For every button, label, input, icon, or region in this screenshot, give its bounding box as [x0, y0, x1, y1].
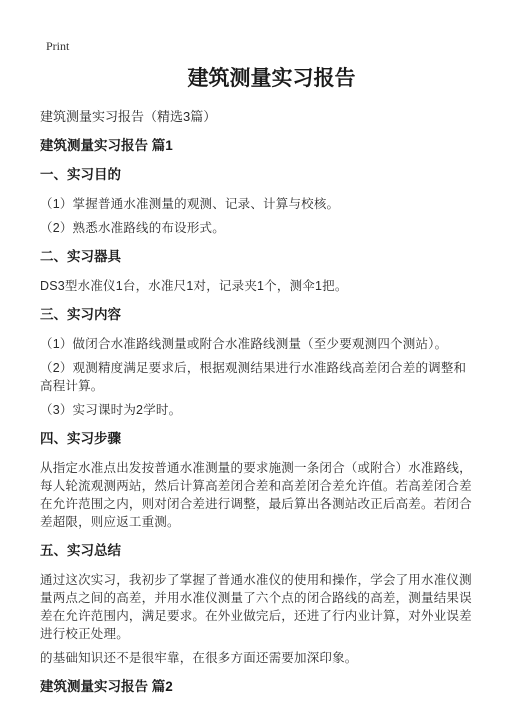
paragraph: （2）熟悉水准路线的布设形式。: [40, 219, 478, 237]
print-link[interactable]: Print: [46, 38, 478, 54]
print-preview-page: Print 建筑测量实习报告 建筑测量实习报告（精选3篇） 建筑测量实习报告 篇…: [0, 0, 520, 718]
paragraph: DS3型水准仪1台，水准尺1对，记录夹1个，测伞1把。: [40, 277, 478, 295]
section-heading-tools: 二、实习器具: [40, 248, 478, 266]
document-title: 建筑测量实习报告: [65, 66, 478, 92]
paragraph: （2）观测精度满足要求后，根据观测结果进行水准路线高差闭合差的调整和高程计算。: [40, 359, 478, 395]
subsection-heading-part2: 建筑测量实习报告 篇2: [40, 678, 478, 696]
section-heading-content: 三、实习内容: [40, 306, 478, 324]
paragraph: （1）做闭合水准路线测量或附合水准路线测量（至少要观测四个测站）。: [40, 335, 478, 353]
article-body: 建筑测量实习报告 篇1 一、实习目的 （1）掌握普通水准测量的观测、记录、计算与…: [40, 137, 478, 696]
document-subtitle: 建筑测量实习报告（精选3篇）: [40, 108, 478, 126]
paragraph: 从指定水准点出发按普通水准测量的要求施测一条闭合（或附合）水准路线，每人轮流观测…: [40, 459, 478, 531]
paragraph: 通过这次实习，我初步了掌握了普通水准仪的使用和操作，学会了用水准仪测量两点之间的…: [40, 571, 478, 643]
subsection-heading-part1: 建筑测量实习报告 篇1: [40, 137, 478, 155]
section-heading-summary: 五、实习总结: [40, 542, 478, 560]
section-heading-steps: 四、实习步骤: [40, 430, 478, 448]
paragraph: （3）实习课时为2学时。: [40, 401, 478, 419]
paragraph: 的基础知识还不是很牢靠，在很多方面还需要加深印象。: [40, 649, 478, 667]
paragraph: （1）掌握普通水准测量的观测、记录、计算与校核。: [40, 195, 478, 213]
section-heading-purpose: 一、实习目的: [40, 166, 478, 184]
